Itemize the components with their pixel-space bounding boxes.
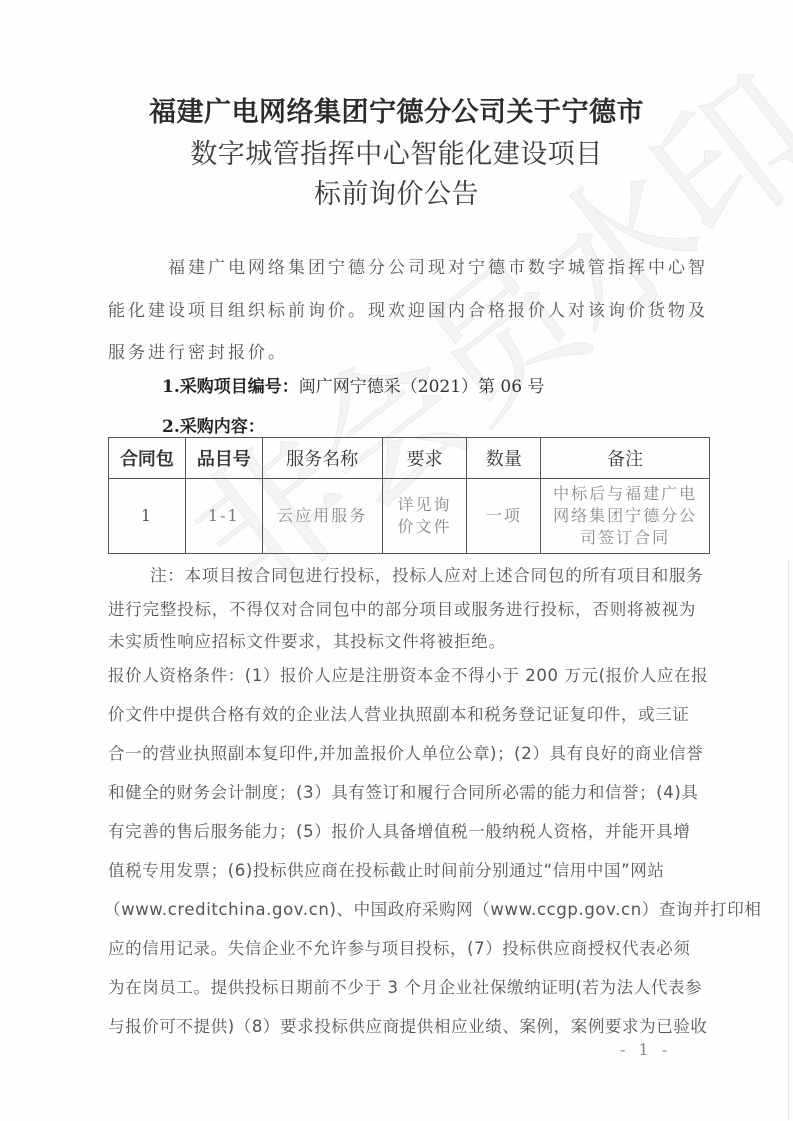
page-number: - 1 - xyxy=(620,1040,671,1059)
cell-contract-package: 1 xyxy=(109,479,186,554)
requirement-line-1: 详见询 xyxy=(386,494,464,516)
section-1-label: 1.采购项目编号： xyxy=(162,377,299,397)
title-line-3: 标前询价公告 xyxy=(0,178,793,212)
scan-edge-line xyxy=(788,560,789,1120)
requirement-line-2: 价文件 xyxy=(386,516,464,538)
procurement-table: 合同包 品目号 服务名称 要求 数量 备注 1 1-1 云应用服务 详见询 价文… xyxy=(108,437,710,554)
intro-line-2: 能化建设项目组织标前询价。现欢迎国内合格报价人对该询价货物及 xyxy=(108,296,708,321)
cell-service-name: 云应用服务 xyxy=(262,479,382,554)
header-item-number: 品目号 xyxy=(185,438,262,479)
note-line-1: 注：本项目按合同包进行投标，投标人应对上述合同包的所有项目和服务 xyxy=(150,562,704,586)
table-row: 1 1-1 云应用服务 详见询 价文件 一项 中标后与福建广电 网络集团宁德分公… xyxy=(109,479,710,554)
header-requirement: 要求 xyxy=(382,438,467,479)
title-line-1: 福建广电网络集团宁德分公司关于宁德市 xyxy=(0,96,793,130)
intro-line-1: 福建广电网络集团宁德分公司现对宁德市数字城管指挥中心智 xyxy=(168,253,708,278)
qualification-line-10: 与报价可不提供)（8）要求投标供应商提供相应业绩、案例，案例要求为已验收 xyxy=(108,1013,708,1037)
note-line-2: 进行完整投标，不得仅对合同包中的部分项目或服务进行投标，否则将被视为 xyxy=(108,596,696,620)
title-line-2: 数字城管指挥中心智能化建设项目 xyxy=(0,138,793,172)
qualification-line-1: 报价人资格条件：(1）报价人应是注册资本金不得小于 200 万元(报价人应在报 xyxy=(108,662,708,686)
section-1-project-number: 1.采购项目编号：闽广网宁德采（2021）第 06 号 xyxy=(162,372,544,397)
header-remark: 备注 xyxy=(541,438,710,479)
remark-line-3: 司签订合同 xyxy=(544,527,706,549)
qualification-line-3: 合一的营业执照副本复印件,并加盖报价人单位公章)；(2）具有良好的商业信誉 xyxy=(108,740,703,764)
header-quantity: 数量 xyxy=(467,438,541,479)
intro-line-3: 服务进行密封报价。 xyxy=(108,338,288,363)
qualification-line-7: （www.creditchina.gov.cn)、中国政府采购网（www.ccg… xyxy=(104,896,761,920)
qualification-line-6: 值税专用发票；(6)投标供应商在投标截止时间前分别通过“信用中国”网站 xyxy=(108,857,664,881)
section-2-label: 2.采购内容： xyxy=(162,417,265,437)
cell-remark: 中标后与福建广电 网络集团宁德分公 司签订合同 xyxy=(541,479,710,554)
qualification-line-8: 应的信用记录。失信企业不允许参与项目投标，(7）投标供应商授权代表必须 xyxy=(108,935,690,959)
qualification-line-5: 有完善的售后服务能力；(5）报价人具备增值税一般纳税人资格，并能开具增 xyxy=(108,818,690,842)
header-contract-package: 合同包 xyxy=(109,438,186,479)
qualification-line-9: 为在岗员工。提供投标日期前不少于 3 个月企业社保缴纳证明(若为法人代表参 xyxy=(108,974,702,998)
cell-quantity: 一项 xyxy=(467,479,541,554)
qualification-line-4: 和健全的财务会计制度；(3）具有签订和履行合同所必需的能力和信誉；(4)具 xyxy=(108,779,699,803)
qualification-line-2: 价文件中提供合格有效的企业法人营业执照副本和税务登记证复印件，或三证 xyxy=(108,701,689,725)
section-2-procurement-content: 2.采购内容： xyxy=(162,412,265,437)
note-line-3: 未实质性响应招标文件要求，其投标文件将被拒绝。 xyxy=(108,628,506,652)
cell-requirement: 详见询 价文件 xyxy=(382,479,467,554)
document-page: 非会员水印 福建广电网络集团宁德分公司关于宁德市 数字城管指挥中心智能化建设项目… xyxy=(0,0,793,1121)
remark-line-1: 中标后与福建广电 xyxy=(544,483,706,505)
table-header-row: 合同包 品目号 服务名称 要求 数量 备注 xyxy=(109,438,710,479)
cell-item-number: 1-1 xyxy=(185,479,262,554)
header-service-name: 服务名称 xyxy=(262,438,382,479)
section-1-value: 闽广网宁德采（2021）第 06 号 xyxy=(299,377,545,397)
remark-line-2: 网络集团宁德分公 xyxy=(544,505,706,527)
